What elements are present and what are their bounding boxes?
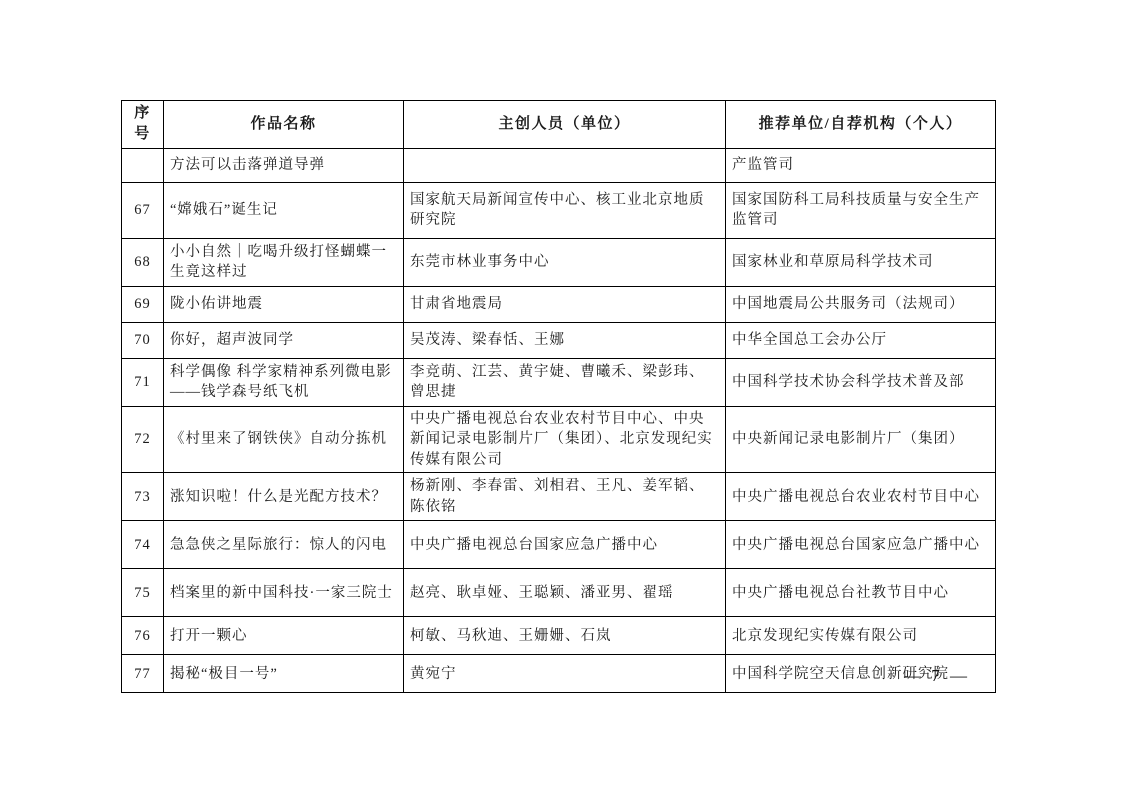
creators: 中央广播电视总台国家应急广播中心 (404, 521, 726, 569)
document-page: 序号 作品名称 主创人员（单位） 推荐单位/自荐机构（个人） 方法可以击落弹道导… (0, 0, 1122, 793)
recommender: 北京发现纪实传媒有限公司 (726, 617, 996, 655)
creators: 李竞萌、江芸、黄宇婕、曹曦禾、梁彭玮、曾思捷 (404, 358, 726, 406)
row-serial: 68 (122, 238, 164, 286)
table-row-75: 75 档案里的新中国科技·一家三院士 赵亮、耿卓娅、王聪颖、潘亚男、翟瑶 中央广… (122, 569, 996, 617)
row-serial: 71 (122, 358, 164, 406)
work-title: 方法可以击落弹道导弹 (164, 148, 404, 182)
table-header-row: 序号 作品名称 主创人员（单位） 推荐单位/自荐机构（个人） (122, 101, 996, 149)
work-title: 你好，超声波同学 (164, 322, 404, 358)
recommender: 中国科学技术协会科学技术普及部 (726, 358, 996, 406)
table-row-77: 77 揭秘“极目一号” 黄宛宁 中国科学院空天信息创新研究院 (122, 655, 996, 693)
creators: 东莞市林业事务中心 (404, 238, 726, 286)
table-row-72: 72 《村里来了钢铁侠》自动分拣机 中央广播电视总台农业农村节目中心、中央新闻记… (122, 406, 996, 473)
work-title: 急急侠之星际旅行：惊人的闪电 (164, 521, 404, 569)
recommender: 中央广播电视总台农业农村节目中心 (726, 473, 996, 521)
header-recommender: 推荐单位/自荐机构（个人） (726, 101, 996, 149)
creators: 杨新刚、李春雷、刘相君、王凡、姜军韬、陈依铭 (404, 473, 726, 521)
recommender: 国家林业和草原局科学技术司 (726, 238, 996, 286)
table-row-70: 70 你好，超声波同学 吴茂涛、梁春恬、王娜 中华全国总工会办公厅 (122, 322, 996, 358)
creators: 吴茂涛、梁春恬、王娜 (404, 322, 726, 358)
row-serial: 73 (122, 473, 164, 521)
table-row-67: 67 “嫦娥石”诞生记 国家航天局新闻宣传中心、核工业北京地质研究院 国家国防科… (122, 182, 996, 238)
creators: 黄宛宁 (404, 655, 726, 693)
row-serial: 72 (122, 406, 164, 473)
row-serial: 76 (122, 617, 164, 655)
table-row-continuation: 方法可以击落弹道导弹 产监管司 (122, 148, 996, 182)
row-serial: 69 (122, 286, 164, 322)
work-title: 科学偶像 科学家精神系列微电影——钱学森号纸飞机 (164, 358, 404, 406)
recommender: 中华全国总工会办公厅 (726, 322, 996, 358)
work-title: 档案里的新中国科技·一家三院士 (164, 569, 404, 617)
row-serial: 75 (122, 569, 164, 617)
table-row-73: 73 涨知识啦！什么是光配方技术？ 杨新刚、李春雷、刘相君、王凡、姜军韬、陈依铭… (122, 473, 996, 521)
work-title: 揭秘“极目一号” (164, 655, 404, 693)
work-title: 《村里来了钢铁侠》自动分拣机 (164, 406, 404, 473)
row-serial (122, 148, 164, 182)
creators: 中央广播电视总台农业农村节目中心、中央新闻记录电影制片厂（集团）、北京发现纪实传… (404, 406, 726, 473)
table-row-71: 71 科学偶像 科学家精神系列微电影——钱学森号纸飞机 李竞萌、江芸、黄宇婕、曹… (122, 358, 996, 406)
recommender: 中央广播电视总台社教节目中心 (726, 569, 996, 617)
creators (404, 148, 726, 182)
creators: 国家航天局新闻宣传中心、核工业北京地质研究院 (404, 182, 726, 238)
recommender: 国家国防科工局科技质量与安全生产监管司 (726, 182, 996, 238)
work-title: “嫦娥石”诞生记 (164, 182, 404, 238)
row-serial: 74 (122, 521, 164, 569)
row-serial: 77 (122, 655, 164, 693)
table-row-76: 76 打开一颗心 柯敏、马秋迪、王姗姗、石岚 北京发现纪实传媒有限公司 (122, 617, 996, 655)
page-number: — 7 — (872, 666, 1002, 686)
work-title: 陇小佑讲地震 (164, 286, 404, 322)
works-table: 序号 作品名称 主创人员（单位） 推荐单位/自荐机构（个人） 方法可以击落弹道导… (121, 100, 996, 693)
work-title: 小小自然｜吃喝升级打怪蝴蝶一生竟这样过 (164, 238, 404, 286)
row-serial: 67 (122, 182, 164, 238)
header-serial-number: 序号 (122, 101, 164, 149)
creators: 甘肃省地震局 (404, 286, 726, 322)
row-serial: 70 (122, 322, 164, 358)
header-work-title: 作品名称 (164, 101, 404, 149)
work-title: 打开一颗心 (164, 617, 404, 655)
recommender: 产监管司 (726, 148, 996, 182)
table-row-69: 69 陇小佑讲地震 甘肃省地震局 中国地震局公共服务司（法规司） (122, 286, 996, 322)
table-row-68: 68 小小自然｜吃喝升级打怪蝴蝶一生竟这样过 东莞市林业事务中心 国家林业和草原… (122, 238, 996, 286)
recommender: 中央新闻记录电影制片厂（集团） (726, 406, 996, 473)
table-row-74: 74 急急侠之星际旅行：惊人的闪电 中央广播电视总台国家应急广播中心 中央广播电… (122, 521, 996, 569)
recommender: 中央广播电视总台国家应急广播中心 (726, 521, 996, 569)
creators: 赵亮、耿卓娅、王聪颖、潘亚男、翟瑶 (404, 569, 726, 617)
recommender: 中国地震局公共服务司（法规司） (726, 286, 996, 322)
creators: 柯敏、马秋迪、王姗姗、石岚 (404, 617, 726, 655)
header-creators: 主创人员（单位） (404, 101, 726, 149)
work-title: 涨知识啦！什么是光配方技术？ (164, 473, 404, 521)
